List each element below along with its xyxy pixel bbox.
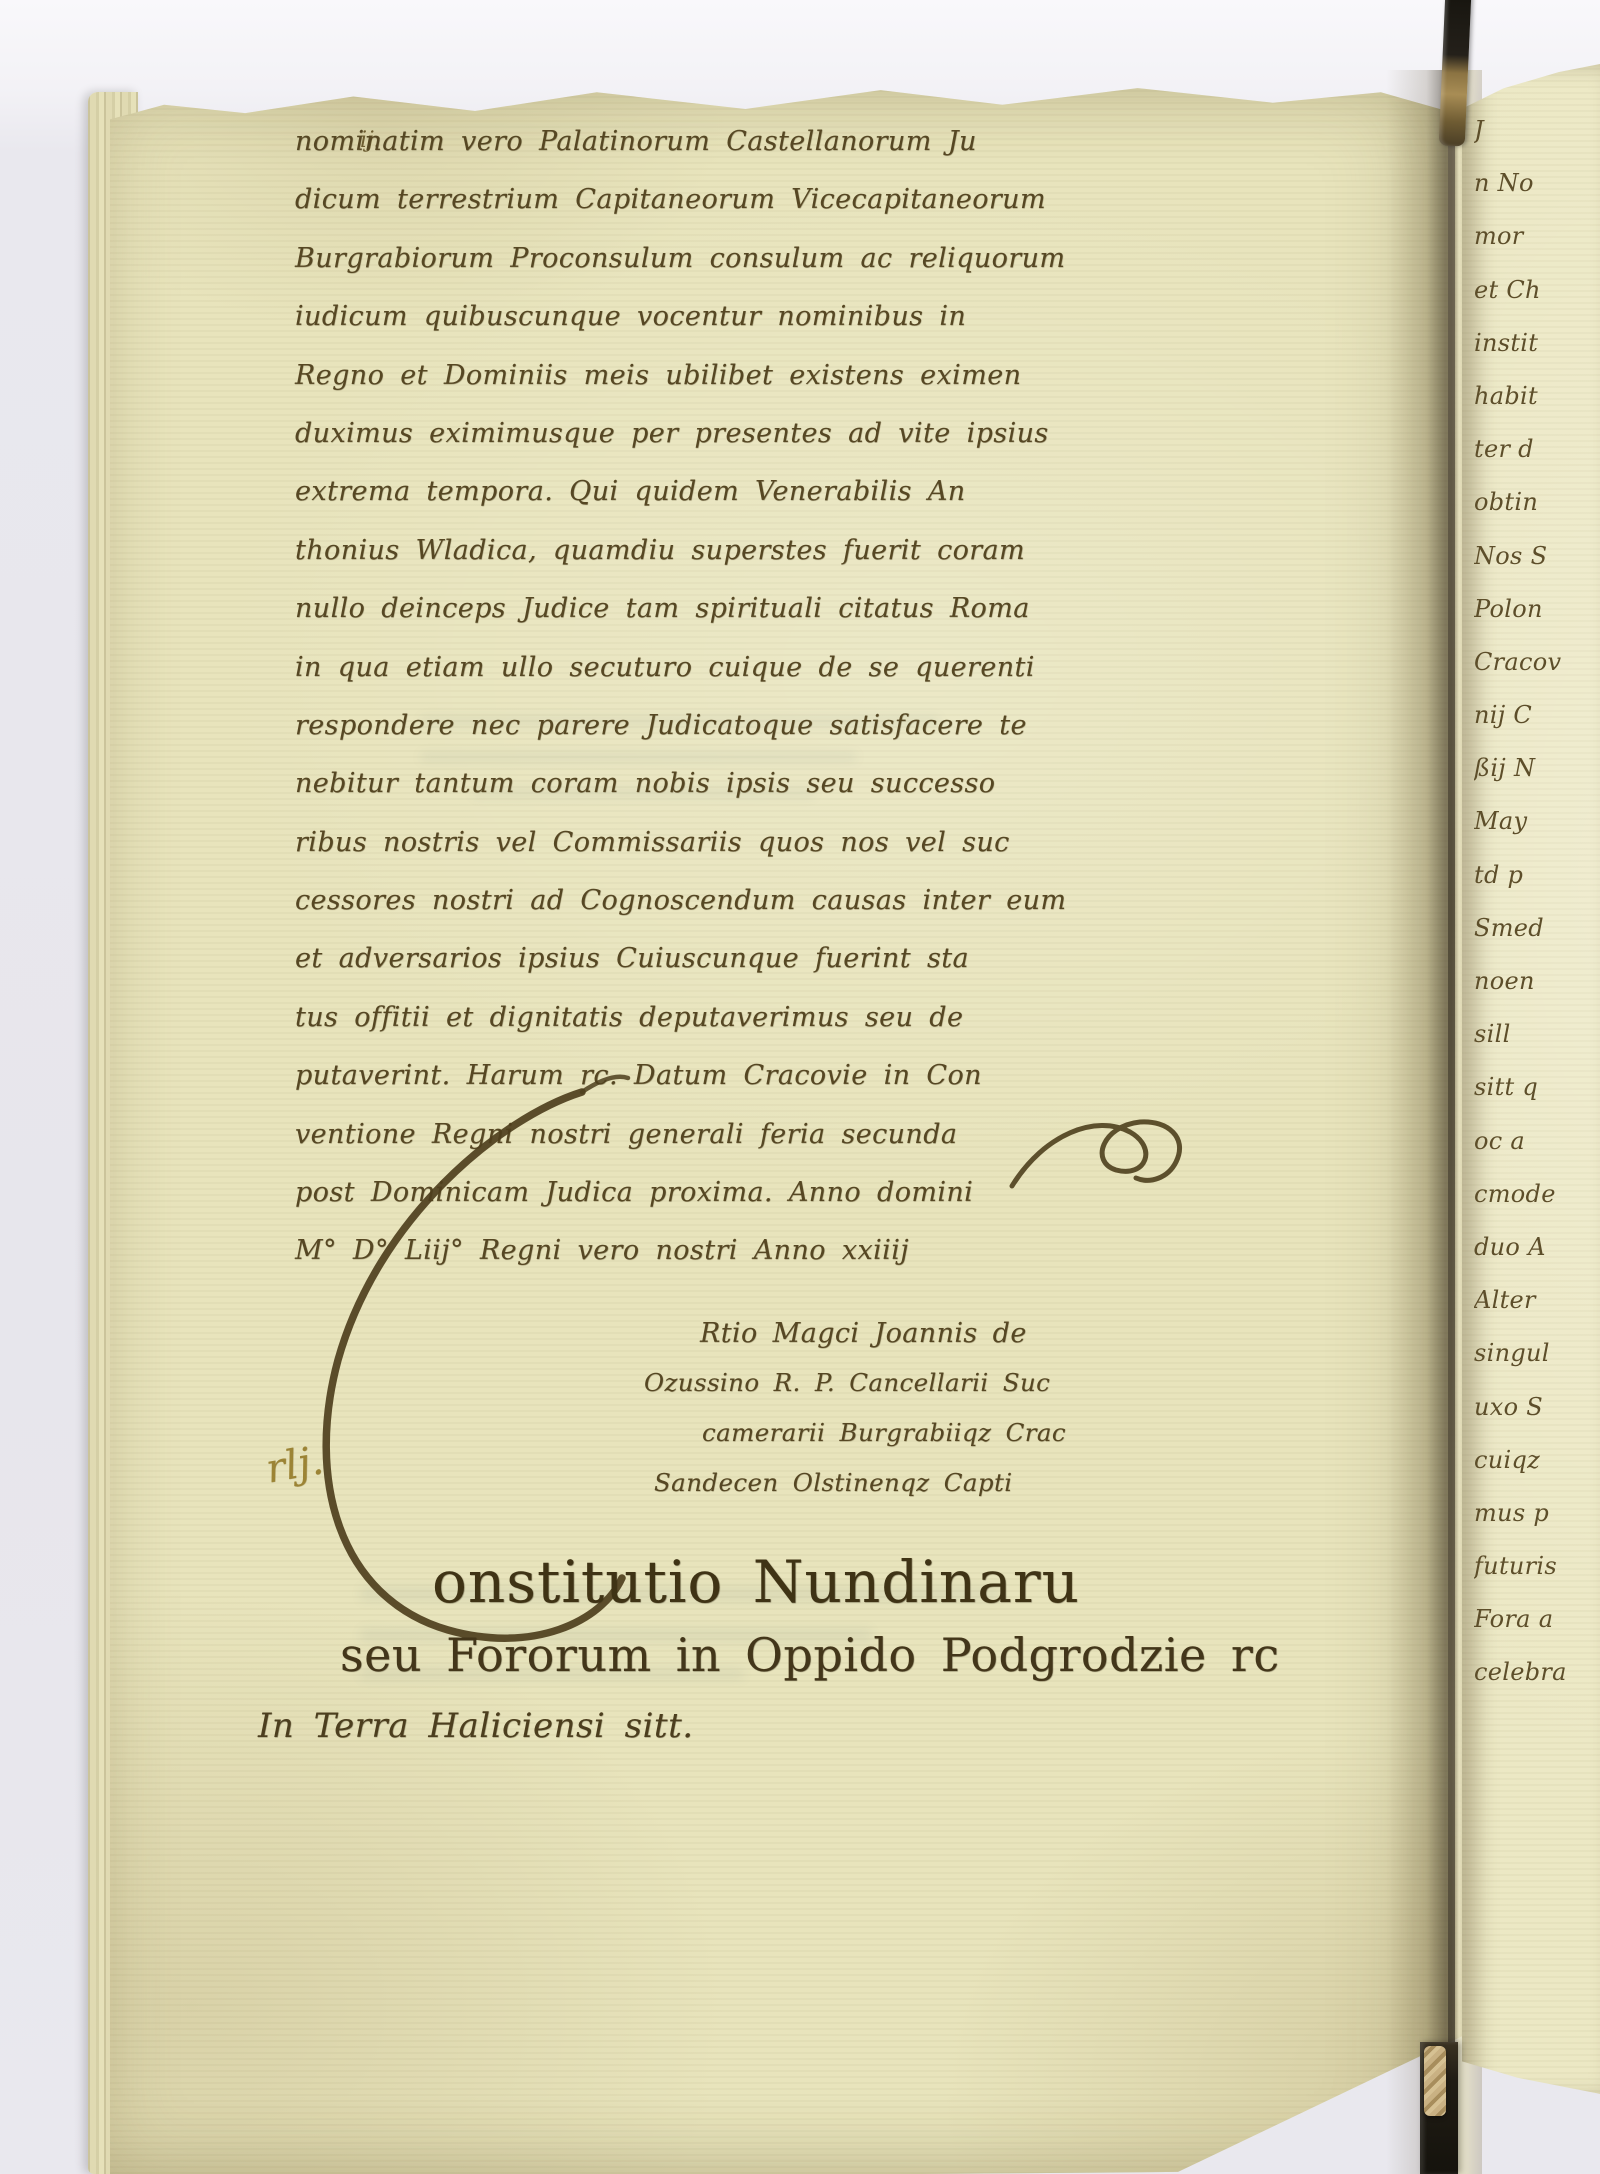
fragment-line: singul [1474,1339,1600,1392]
text-line: ribus nostris vel Commissariis quos nos … [295,827,975,885]
fragment-line: mus p [1474,1499,1600,1552]
fragment-line: cuiqz [1474,1446,1600,1499]
fragment-line: ter d [1474,435,1600,488]
fragment-line: celebra [1474,1658,1600,1711]
fragment-line: Nos S [1474,542,1600,595]
attribution-line: Sandecen Olstinenqz Capti [654,1468,1198,1518]
fragment-line: Cracov [1474,648,1600,701]
fragment-line: ßij N [1474,754,1600,807]
fragment-line: habit [1474,382,1600,435]
fragment-line: Fora a [1474,1605,1600,1658]
text-line: in qua etiam ullo secuturo cuique de se … [295,652,975,710]
fragment-line: et Ch [1474,276,1600,329]
flourish-icon [1000,1100,1220,1210]
text-line: nominatim vero Palatinorum Castellanorum… [295,126,975,184]
text-line: Regno et Dominiis meis ubilibet existens… [295,360,975,418]
fragment-line: mor [1474,222,1600,275]
fragment-line: duo A [1474,1233,1600,1286]
fragment-line: sitt q [1474,1073,1600,1126]
fragment-line: td p [1474,861,1600,914]
heading-line-2: seu Fororum in Oppido Podgrodzie rc [340,1628,1280,1682]
attribution-block: Rtio Magci Joannis deOzussino R. P. Canc… [638,1318,1198,1518]
attribution-line: Rtio Magci Joannis de [700,1318,1198,1368]
fragment-line: obtin [1474,488,1600,541]
fragment-line: uxo S [1474,1393,1600,1446]
fragment-line: Alter [1474,1286,1600,1339]
heading-line-1: onstitutio Nundinaru [432,1548,1080,1616]
fragment-line: futuris [1474,1552,1600,1605]
fragment-line: Polon [1474,595,1600,648]
margin-mark: rlj. [262,1437,326,1492]
text-line: et adversarios ipsius Cuiuscunque fuerin… [295,943,975,1001]
gutter-fold-line [1448,70,1455,2174]
fragment-line: May [1474,807,1600,860]
right-page-text-fragments: Jn Nomoret Chinstithabitter dobtinNos SP… [1474,116,1600,1712]
text-line: tus offitii et dignitatis deputaverimus … [295,1002,975,1060]
text-line: nebitur tantum coram nobis ipsis seu suc… [295,768,975,826]
fragment-line: J [1474,116,1600,169]
text-line: iudicum quibuscunque vocentur nominibus … [295,301,975,359]
text-line: nullo deinceps Judice tam spirituali cit… [295,593,975,651]
fragment-line: oc a [1474,1127,1600,1180]
text-line: extrema tempora. Qui quidem Venerabilis … [295,476,975,534]
fragment-line: nij C [1474,701,1600,754]
fragment-line: cmode [1474,1180,1600,1233]
heading-line-3: In Terra Haliciensi sitt. [258,1706,694,1746]
fragment-line: instit [1474,329,1600,382]
manuscript-photo: ij: nominatim vero Palatinorum Castellan… [0,0,1600,2174]
fragment-line: Smed [1474,914,1600,967]
attribution-line: camerarii Burgrabiiqz Crac [702,1418,1198,1468]
fragment-line: n No [1474,169,1600,222]
fragment-line: noen [1474,967,1600,1020]
clasp-cord [1424,2046,1446,2116]
text-line: respondere nec parere Judicatoque satisf… [295,710,975,768]
text-line: Burgrabiorum Proconsulum consulum ac rel… [295,243,975,301]
text-line: thonius Wladica, quamdiu superstes fueri… [295,535,975,593]
text-line: cessores nostri ad Cognoscendum causas i… [295,885,975,943]
text-line: duximus eximimusque per presentes ad vit… [295,418,975,476]
text-line: dicum terrestrium Capitaneorum Vicecapit… [295,184,975,242]
fragment-line: sill [1474,1020,1600,1073]
attribution-line: Ozussino R. P. Cancellarii Suc [644,1368,1198,1418]
